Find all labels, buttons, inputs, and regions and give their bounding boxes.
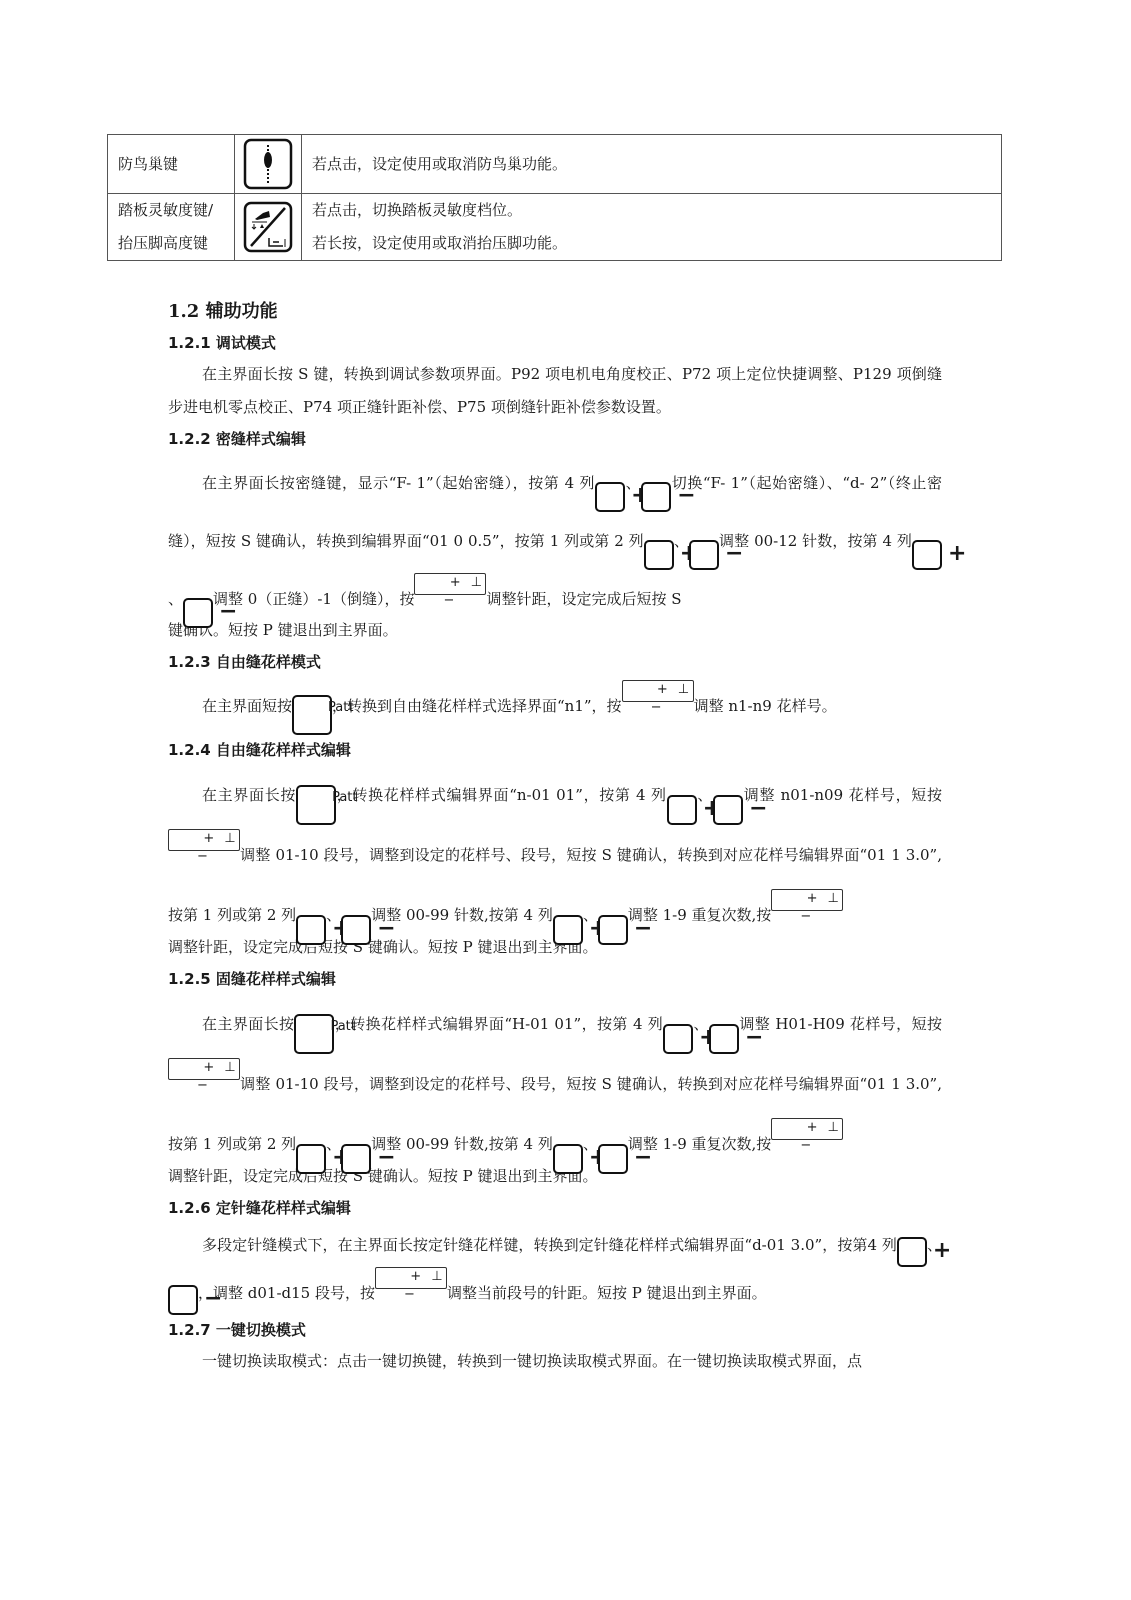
text: 多段定针缝模式下，在主界面长按定针缝花样键，转换到定针缝花样样式编辑界面“d-0…	[202, 1236, 867, 1254]
paragraph: 在主界面长按 S 键，转换到调试参数项界面。P92 项电机电角度校正、P72 项…	[168, 358, 942, 424]
minus-key-icon: −	[689, 540, 719, 570]
subsection-title: 1.2.1 调试模式	[168, 328, 942, 358]
text: ，转换到自由缝花样样式选择界面“n1”，按	[332, 697, 622, 715]
stitch-length-key-icon: + ⊥ −	[375, 1267, 447, 1289]
text: 调整 00-99 针数,按第 4 列	[371, 1135, 553, 1153]
text: 在主界面长按密缝键，显示“F- 1”（起始密缝），按第 4 列	[202, 474, 595, 492]
table-row: 踏板灵敏度键/ 抬压脚高度键 若点击，切换踏板灵敏度档位。 若长按，设定使用或取…	[108, 194, 1002, 261]
patt-key-icon: Patt	[292, 695, 332, 735]
document-body: 1.2 辅助功能 1.2.1 调试模式 在主界面长按 S 键，转换到调试参数项界…	[168, 296, 942, 1378]
paragraph: 在主界面短按Patt，转换到自由缝花样样式选择界面“n1”，按+ ⊥ −调整 n…	[168, 677, 942, 735]
minus-key-icon: −	[168, 1285, 198, 1315]
text: 调整针距，设定完成后短按 S	[486, 590, 681, 608]
stitch-length-key-icon: + ⊥ −	[168, 829, 240, 851]
text: 在主界面长按	[202, 1015, 294, 1033]
stitch-length-key-icon: + ⊥ −	[771, 889, 843, 911]
text: 4 列	[867, 1236, 896, 1254]
text: 调整 0（正缝）-1（倒缝），按	[213, 590, 414, 608]
text: 调整 H01-H09 花样号，	[739, 1015, 912, 1033]
stitch-length-key-icon: + ⊥ −	[414, 573, 486, 595]
minus-key-icon: −	[641, 482, 671, 512]
plus-key-icon: +	[296, 1144, 326, 1174]
key-desc: 若点击，切换踏板灵敏度档位。	[312, 194, 991, 227]
text: ，调整 d01-d15 段号，按	[198, 1284, 375, 1302]
minus-key-icon: −	[341, 915, 371, 945]
table-row: 防鸟巢键 若点击，设定使用或取消防鸟巢功能。	[108, 135, 1002, 194]
subsection-title: 1.2.5 固缝花样样式编辑	[168, 964, 942, 994]
subsection-title: 1.2.3 自由缝花样模式	[168, 647, 942, 677]
text: 调整 n1-n9 花样号。	[694, 697, 837, 715]
text: 切换“F- 1”（起始密缝）、	[671, 474, 842, 492]
paragraph: 在主界面长按Patt，转换花样样式编辑界面“H-01 01”，按第 4 列+、−…	[168, 994, 942, 1174]
text: 调整 00-99 针数,按第 4 列	[371, 906, 553, 924]
minus-key-icon: −	[713, 795, 743, 825]
stitch-length-key-icon: + ⊥ −	[168, 1058, 240, 1080]
plus-key-icon: +	[667, 795, 697, 825]
stitch-length-key-icon: + ⊥ −	[622, 680, 694, 702]
minus-key-icon: −	[341, 1144, 371, 1174]
key-desc: 若长按，设定使用或取消抬压脚功能。	[312, 227, 991, 260]
text: 在主界面长按	[202, 786, 296, 804]
key-desc-cell: 若点击，切换踏板灵敏度档位。 若长按，设定使用或取消抬压脚功能。	[302, 194, 1002, 261]
text: 调整当前段号的针距。短按 P 键退出到主界面。	[447, 1284, 767, 1302]
anti-bird-nest-key-icon	[243, 138, 293, 190]
key-name: 抬压脚高度键	[118, 227, 224, 260]
text: 整 00-12 针数，按第 4 列	[734, 532, 912, 550]
stitch-length-key-icon: + ⊥ −	[771, 1118, 843, 1140]
text: 调整 n01-n09 花样号，	[743, 786, 911, 804]
patt-key-icon: Patt	[296, 785, 336, 825]
paragraph: 在主界面长按密缝键，显示“F- 1”（起始密缝），按第 4 列+、−切换“F- …	[168, 454, 942, 628]
key-name: 踏板灵敏度键/	[118, 194, 224, 227]
text: ，转换花样样式编辑界面“n-01 01”，按第 4 列	[336, 786, 667, 804]
key-desc: 若点击，设定使用或取消防鸟巢功能。	[312, 155, 567, 173]
minus-key-icon: −	[709, 1024, 739, 1054]
plus-key-icon: +	[553, 915, 583, 945]
key-function-table: 防鸟巢键 若点击，设定使用或取消防鸟巢功能。 踏板灵敏度键/ 抬压脚高度键	[107, 134, 1002, 261]
plus-key-icon: +	[663, 1024, 693, 1054]
subsection-title: 1.2.4 自由缝花样样式编辑	[168, 735, 942, 765]
minus-key-icon: −	[598, 915, 628, 945]
plus-key-icon: +	[595, 482, 625, 512]
key-name: 防鸟巢键	[118, 155, 178, 173]
plus-key-icon: +	[897, 1237, 927, 1267]
paragraph: 多段定针缝模式下，在主界面长按定针缝花样键，转换到定针缝花样样式编辑界面“d-0…	[168, 1223, 942, 1315]
key-desc-cell: 若点击，设定使用或取消防鸟巢功能。	[302, 135, 1002, 194]
key-icon-cell	[235, 135, 302, 194]
text: ，转换花样样式编辑界面“H-01 01”，按第 4 列	[334, 1015, 663, 1033]
key-name-cell: 踏板灵敏度键/ 抬压脚高度键	[108, 194, 235, 261]
text: 短按	[912, 1015, 942, 1033]
plus-key-icon: +	[912, 540, 942, 570]
text: 调整 01-10 段号，调整到设定的花样号、段号，短按 S 键确认，转换到对应花…	[240, 846, 860, 864]
patt-key-icon: Patt	[294, 1014, 334, 1054]
pedal-sensitivity-presser-foot-key-icon	[243, 201, 293, 253]
key-name-cell: 防鸟巢键	[108, 135, 235, 194]
paragraph: 在主界面长按Patt，转换花样样式编辑界面“n-01 01”，按第 4 列+、−…	[168, 765, 942, 945]
minus-key-icon: −	[598, 1144, 628, 1174]
section-title: 1.2 辅助功能	[168, 296, 942, 328]
text: 短按	[911, 786, 942, 804]
subsection-title: 1.2.2 密缝样式编辑	[168, 424, 942, 454]
plus-key-icon: +	[296, 915, 326, 945]
subsection-title: 1.2.6 定针缝花样样式编辑	[168, 1193, 942, 1223]
minus-key-icon: −	[183, 598, 213, 628]
paragraph: 一键切换读取模式：点击一键切换键，转换到一键切换读取模式界面。在一键切换读取模式…	[168, 1345, 942, 1378]
text: 调整 01-10 段号，调整到设定的花样号、段号，短按 S 键确认，转换到对应花…	[240, 1075, 860, 1093]
text: 、	[168, 590, 183, 608]
text: 在主界面短按	[202, 697, 292, 715]
key-icon-cell	[235, 194, 302, 261]
plus-key-icon: +	[553, 1144, 583, 1174]
plus-key-icon: +	[644, 540, 674, 570]
subsection-title: 1.2.7 一键切换模式	[168, 1315, 942, 1345]
